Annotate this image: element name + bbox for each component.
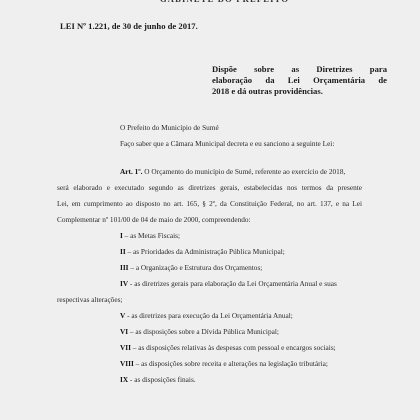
item-2: II – as Prioridades da Administração Púb…	[120, 247, 285, 256]
item-number: VII	[120, 343, 131, 352]
item-separator: –	[129, 263, 136, 272]
item-1: I – as Metas Fiscais;	[120, 231, 180, 240]
item-number: VI	[120, 327, 128, 336]
article-1-line-3: Lei, em cumprimento ao disposto no art. …	[57, 199, 362, 208]
item-text: as disposições finais.	[134, 375, 195, 384]
item-number: III	[120, 263, 129, 272]
item-8: VIII – as disposições sobre receita e al…	[120, 359, 328, 368]
item-text: as disposições relativas às despesas com…	[138, 343, 335, 352]
item-4: IV - as diretrizes gerais para elaboraçã…	[120, 279, 337, 288]
item-separator: –	[134, 359, 141, 368]
summary-line: Dispõe sobre as Diretrizes para	[212, 64, 387, 75]
law-summary: Dispõe sobre as Diretrizes para elaboraç…	[212, 64, 387, 97]
item-5: V - as diretrizes para execução da Lei O…	[120, 311, 293, 320]
item-text: as Metas Fiscais;	[130, 231, 180, 240]
article-1-text: será elaborado e executado segundo as di…	[57, 183, 362, 192]
item-7: VII – as disposições relativas às despes…	[120, 343, 336, 352]
preamble-line-2: Faço saber que a Câmara Municipal decret…	[120, 139, 334, 148]
preamble-line-1: O Prefeito do Município de Sumé	[120, 123, 219, 132]
article-1-label: Art. 1º.	[120, 167, 142, 176]
item-number: IX	[120, 375, 128, 384]
item-separator: –	[126, 247, 133, 256]
item-4-continuation: respectivas alterações;	[57, 295, 122, 304]
item-text: as diretrizes para execução da Lei Orçam…	[131, 311, 292, 320]
summary-line: elaboração da Lei Orçamentária de	[212, 75, 387, 86]
item-text: a Organização e Estrutura dos Orçamentos…	[136, 263, 263, 272]
article-1-line-4: Complementar nº 101/00 de 04 de maio de …	[57, 215, 251, 224]
item-text: as disposições sobre a Dívida Pública Mu…	[135, 327, 278, 336]
article-1-line-2: será elaborado e executado segundo as di…	[57, 183, 362, 192]
article-1-first-line: Art. 1º. O Orçamento do município de Sum…	[120, 167, 345, 176]
item-text: as diretrizes gerais para elaboração da …	[134, 279, 337, 288]
law-title: LEI Nº 1.221, de 30 de junho de 2017.	[60, 21, 198, 31]
item-3: III – a Organização e Estrutura dos Orça…	[120, 263, 262, 272]
article-1-text: Lei, em cumprimento ao disposto no art. …	[57, 199, 362, 208]
office-header: GABINETE DO PREFEITO	[160, 0, 289, 4]
item-6: VI – as disposições sobre a Dívida Públi…	[120, 327, 279, 336]
summary-line: 2018 e dá outras providências.	[212, 86, 387, 97]
item-number: IV	[120, 279, 128, 288]
item-number: VIII	[120, 359, 134, 368]
item-text: as Prioridades da Administração Pública …	[133, 247, 285, 256]
article-1-text: O Orçamento do município de Sumé, refere…	[144, 167, 345, 176]
item-text: as disposições sobre receita e alteraçõe…	[141, 359, 328, 368]
item-9: IX - as disposições finais.	[120, 375, 196, 384]
